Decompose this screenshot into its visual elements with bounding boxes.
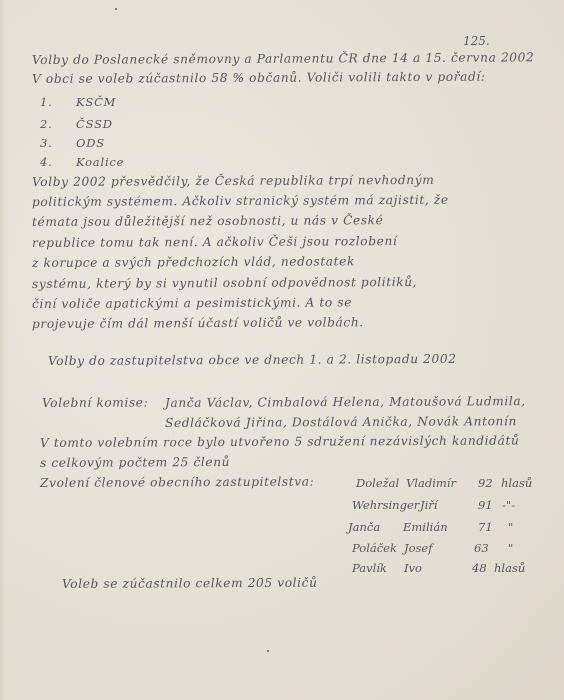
- municipal-election-heading: Volby do zastupitelstva obce ve dnech 1.…: [48, 352, 457, 368]
- ranking-item-3: 3.ODS: [40, 136, 105, 150]
- members-count-line: s celkovým počtem 25 členů: [40, 455, 230, 470]
- commission-members-line2: Sedláčková Jiřina, Dostálová Anička, Nov…: [165, 414, 517, 430]
- ranking-item-1: 1.KSČM: [40, 95, 116, 109]
- paragraph-line: politickým systémem. Ačkoliv stranický s…: [32, 193, 449, 209]
- commission-members-line1: Janča Václav, Cimbalová Helena, Matoušov…: [165, 394, 526, 410]
- paragraph-line: činí voliče apatickými a pesimistickými.…: [32, 295, 352, 311]
- paragraph-line: republice tomu tak není. A ačkoliv Češi …: [32, 234, 397, 250]
- ranking-item-2: 2.ČSSD: [40, 117, 113, 131]
- paragraph-line: Volby 2002 přesvědčily, že Česká republi…: [32, 173, 434, 189]
- paragraph-line: z korupce a svých předchozích vlád, nedo…: [32, 254, 355, 270]
- paper-edge: [0, 0, 6, 700]
- paragraph-line: systému, který by si vynutil osobní odpo…: [32, 275, 417, 291]
- closing-turnout-line: Voleb se zúčastnilo celkem 205 voličů: [62, 576, 318, 591]
- candidates-line: V tomto volebním roce bylo utvořeno 5 sd…: [40, 433, 519, 450]
- page-number: 125.: [463, 34, 490, 48]
- ranking-item-4: 4.Koalice: [40, 155, 124, 169]
- turnout-line: V obci se voleb zúčastnilo 58 % občanů. …: [32, 70, 486, 86]
- handwritten-page: 125. Volby do Poslanecké sněmovny a Parl…: [0, 0, 564, 700]
- paper-speck: [115, 8, 117, 10]
- elected-label: Zvolení členové obecního zastupitelstva:: [40, 475, 314, 490]
- paper-speck: [267, 650, 269, 652]
- paragraph-line: projevuje čím dál menší účastí voličů ve…: [32, 315, 364, 331]
- paragraph-line: témata jsou důležitější než osobnosti, u…: [32, 213, 384, 229]
- commission-label: Volební komise:: [42, 395, 148, 410]
- election-title-line: Volby do Poslanecké sněmovny a Parlament…: [32, 50, 534, 67]
